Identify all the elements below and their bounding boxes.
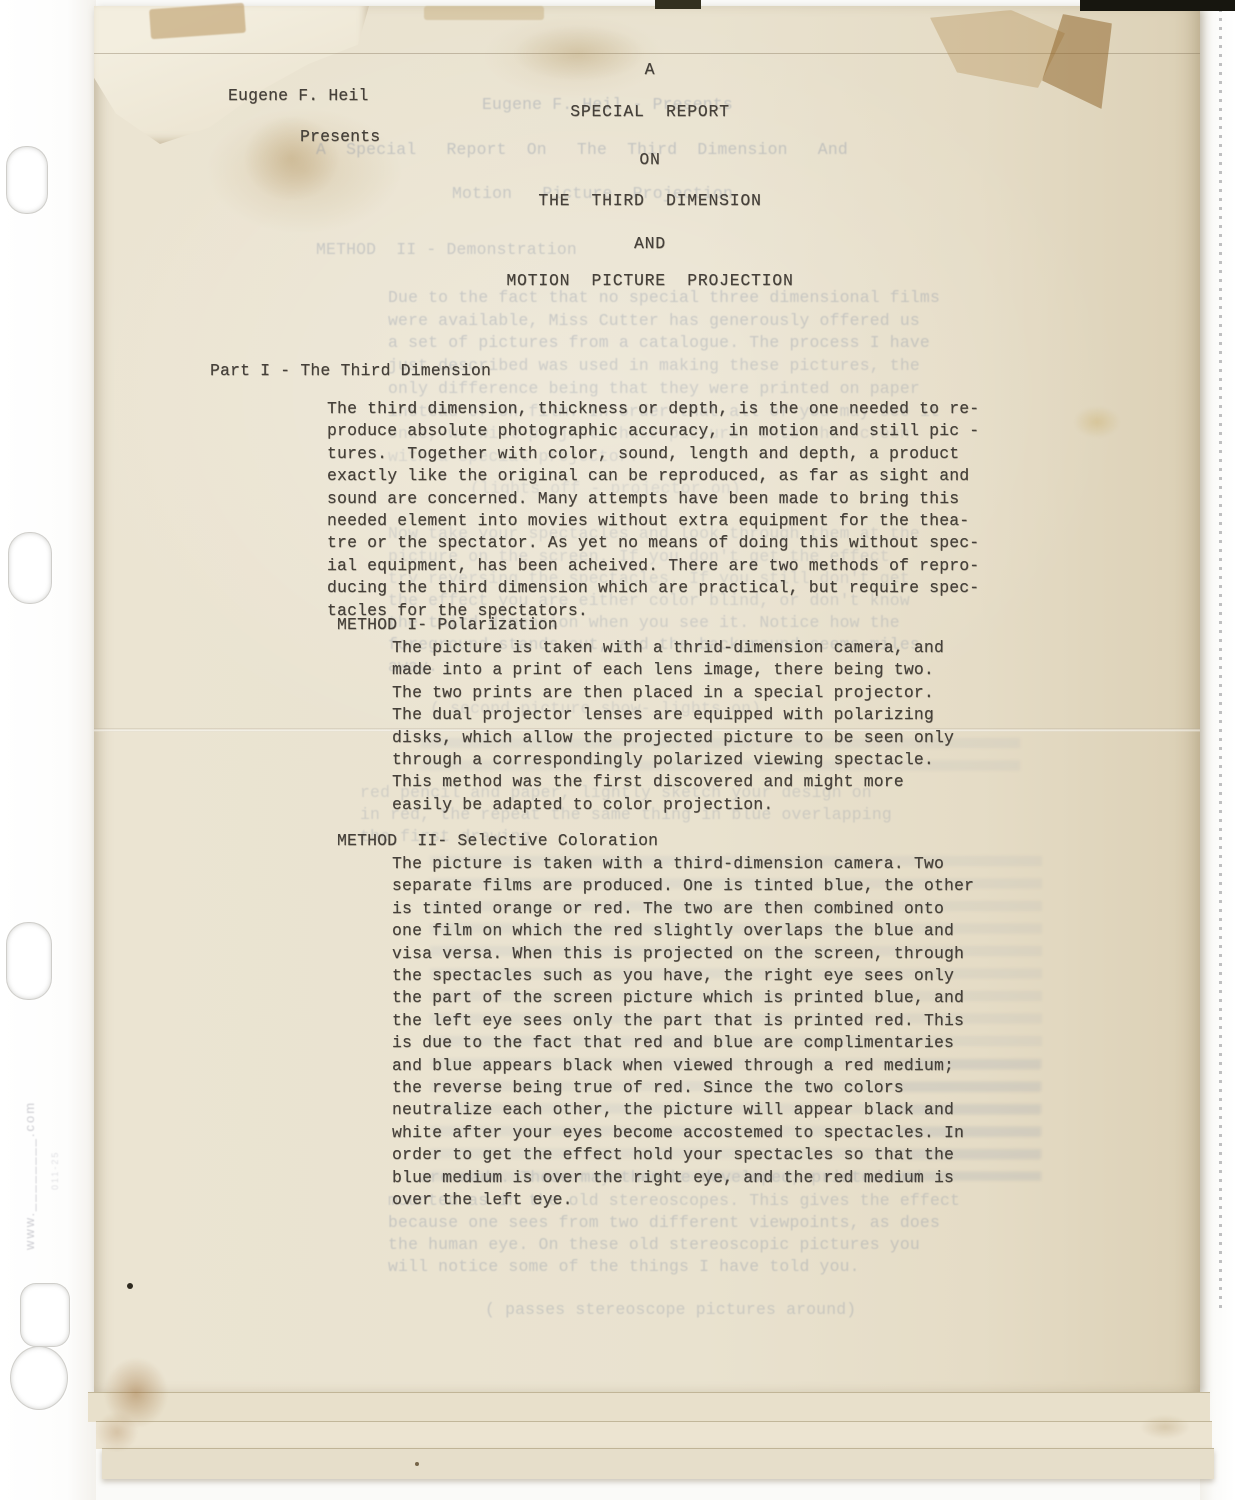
typed-line: white after your eyes become accostemed … [392, 1122, 974, 1144]
typed-line: The dual projector lenses are equipped w… [392, 704, 954, 726]
speck [127, 1283, 133, 1289]
stain [1140, 1415, 1190, 1439]
method1-heading: METHOD I- Polarization [337, 615, 558, 634]
binder-hole [6, 922, 52, 1000]
typed-line: This method was the first discovered and… [392, 771, 954, 793]
typed-line: separate films are produced. One is tint… [392, 875, 974, 897]
binder-hole [20, 1283, 70, 1347]
typed-line: order to get the effect hold your specta… [392, 1144, 974, 1166]
typed-line: made into a print of each lens image, th… [392, 659, 954, 681]
typed-line: is due to the fact that red and blue are… [392, 1032, 974, 1054]
title-line: MOTION PICTURE PROJECTION [250, 271, 1050, 290]
part1-heading: Part I - The Third Dimension [210, 361, 491, 380]
typed-line: is tinted orange or red. The two are the… [392, 898, 974, 920]
speck [415, 1462, 419, 1466]
bleedthrough-line: Due to the fact that no special three di… [388, 288, 940, 307]
typed-line: needed element into movies without extra… [327, 510, 979, 532]
scanned-document-page: www.________.com 011-25 Eugene F. Heil -… [0, 0, 1235, 1500]
scan-gutter-right [1200, 0, 1235, 1500]
method1-paragraph: The picture is taken with a thrid-dimens… [392, 637, 954, 816]
part1-paragraph: The third dimension, thickness or depth,… [327, 398, 979, 622]
perforation-edge-marks [1219, 0, 1222, 1312]
scan-edge-strip [1080, 0, 1235, 11]
typed-line: easily be adapted to color projection. [392, 794, 954, 816]
bleedthrough-line: because one sees from two different view… [388, 1213, 940, 1232]
title-line: A [250, 60, 1050, 79]
bleedthrough-line: only difference being that they were pri… [388, 379, 920, 398]
method2-paragraph: The picture is taken with a third-dimens… [392, 853, 974, 1212]
typed-line: and blue appears black when viewed throu… [392, 1055, 974, 1077]
bleedthrough-line: were available, Miss Cutter has generous… [388, 311, 920, 330]
typed-line: tures. Together with color, sound, lengt… [327, 443, 979, 465]
typed-line: ducing the third dimension which are pra… [327, 577, 979, 599]
tape-residue [424, 6, 544, 20]
typed-line: exactly like the original can be reprodu… [327, 465, 979, 487]
sleeve-watermark-small: 011-25 [50, 1100, 60, 1190]
scan-edge-strip [655, 0, 701, 9]
binder-hole [10, 1346, 68, 1410]
typed-line: The third dimension, thickness or depth,… [327, 398, 979, 420]
typed-line: produce absolute photographic accuracy, … [327, 420, 979, 442]
typed-line: tre or the spectator. As yet no means of… [327, 532, 979, 554]
title-line: AND [250, 234, 1050, 253]
typed-line: The picture is taken with a thrid-dimens… [392, 637, 954, 659]
binder-sleeve-left [0, 0, 96, 1500]
sheet-stack-edge [88, 1392, 1210, 1422]
typed-line: disks, which allow the projected picture… [392, 727, 954, 749]
bleedthrough-line: will notice some of the things I have to… [388, 1257, 860, 1276]
sheet-stack-edge [96, 1421, 1212, 1449]
typed-line: The two prints are then placed in a spec… [392, 682, 954, 704]
bleedthrough-line: a set of pictures from a catalogue. The … [388, 333, 930, 352]
title-line: ON [250, 150, 1050, 169]
typed-line: sound are concerned. Many attempts have … [327, 488, 979, 510]
method2-heading: METHOD II- Selective Coloration [337, 831, 658, 850]
typed-line: the spectacles such as you have, the rig… [392, 965, 974, 987]
typed-line: through a correspondingly polarized view… [392, 749, 954, 771]
typed-line: The picture is taken with a third-dimens… [392, 853, 974, 875]
typed-line: the reverse being true of red. Since the… [392, 1077, 974, 1099]
binder-hole [6, 146, 48, 214]
stain [96, 1412, 138, 1452]
typed-line: ial equipment, has been acheived. There … [327, 555, 979, 577]
stain [1074, 406, 1120, 438]
typed-line: visa versa. When this is projected on th… [392, 943, 974, 965]
bleedthrough-line: ( passes stereoscope pictures around) [485, 1300, 856, 1319]
title-line: THE THIRD DIMENSION [250, 191, 1050, 210]
typed-line: the left eye sees only the part that is … [392, 1010, 974, 1032]
title-line: SPECIAL REPORT [250, 102, 1050, 121]
sheet-stack-edge [102, 1448, 1214, 1479]
bleedthrough-line: the human eye. On these old stereoscopic… [388, 1235, 920, 1254]
typed-line: one film on which the red slightly overl… [392, 920, 974, 942]
typed-line: over the left eye. [392, 1189, 974, 1211]
presents-line: Presents [300, 127, 380, 146]
typed-line: neutralize each other, the picture will … [392, 1099, 974, 1121]
typed-line: the part of the screen picture which is … [392, 987, 974, 1009]
sleeve-watermark: www.________.com [22, 990, 37, 1250]
binder-hole [8, 532, 52, 604]
typed-line: blue medium is over the right eye, and t… [392, 1167, 974, 1189]
